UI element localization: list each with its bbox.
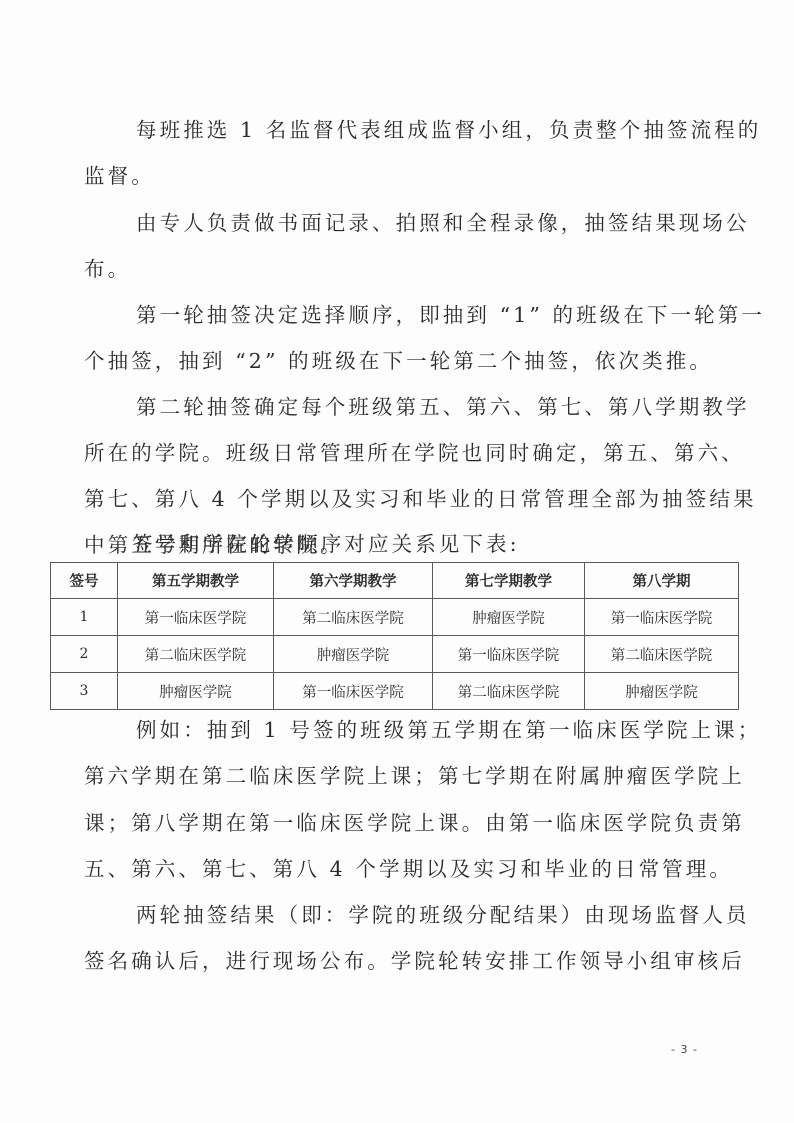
paragraph-1-line-1: 每班推选 1 名监督代表组成监督小组，负责整个抽签流程的 [136,118,761,142]
cell-lot-number: 3 [51,673,118,710]
cell-term-8: 肿瘤医学院 [585,673,739,710]
paragraph-2-line-1: 由专人负责做书面记录、拍照和全程录像，抽签结果现场公 [136,211,750,235]
cell-term-6: 肿瘤医学院 [274,636,433,673]
paragraph-3-line-2: 个抽签，抽到 “2” 的班级在下一轮第二个抽签，依次类推。 [84,349,713,373]
paragraph-4-line-1: 第二轮抽签确定每个班级第五、第六、第七、第八学期教学 [136,395,750,419]
cell-term-7: 肿瘤医学院 [433,599,585,636]
paragraph-7-line-1: 两轮抽签结果（即：学院的班级分配结果）由现场监督人员 [136,903,750,927]
cell-term-7: 第二临床医学院 [433,673,585,710]
table-header-row: 签号 第五学期教学 第六学期教学 第七学期教学 第八学期 [51,563,739,599]
header-term-8: 第八学期 [585,563,739,599]
cell-term-6: 第一临床医学院 [274,673,433,710]
header-term-7: 第七学期教学 [433,563,585,599]
paragraph-1-line-2: 监督。 [84,164,155,188]
cell-term-8: 第一临床医学院 [585,599,739,636]
header-term-5: 第五学期教学 [118,563,274,599]
rotation-table-grid: 签号 第五学期教学 第六学期教学 第七学期教学 第八学期 1 第一临床医学院 第… [50,562,739,710]
header-term-6: 第六学期教学 [274,563,433,599]
cell-term-5: 第一临床医学院 [118,599,274,636]
cell-term-5: 肿瘤医学院 [118,673,274,710]
page-number: - 3 - [671,1043,698,1056]
cell-term-7: 第一临床医学院 [433,636,585,673]
paragraph-6-line-4: 五、第六、第七、第八 4 个学期以及实习和毕业的日常管理。 [84,857,733,881]
cell-term-5: 第二临床医学院 [118,636,274,673]
cell-lot-number: 2 [51,636,118,673]
cell-term-8: 第二临床医学院 [585,636,739,673]
rotation-table: 签号 第五学期教学 第六学期教学 第七学期教学 第八学期 1 第一临床医学院 第… [50,562,738,710]
paragraph-2-line-2: 布。 [84,257,131,281]
table-row: 2 第二临床医学院 肿瘤医学院 第一临床医学院 第二临床医学院 [51,636,739,673]
table-row: 1 第一临床医学院 第二临床医学院 肿瘤医学院 第一临床医学院 [51,599,739,636]
paragraph-4-line-2: 所在的学院。班级日常管理所在学院也同时确定，第五、第六、 [84,441,745,465]
paragraph-6-line-3: 课；第八学期在第一临床医学院上课。由第一临床医学院负责第 [84,811,745,835]
paragraph-6-line-2: 第六学期在第二临床医学院上课；第七学期在附属肿瘤医学院上 [84,764,745,788]
cell-lot-number: 1 [51,599,118,636]
paragraph-7-line-2: 签名确认后，进行现场公布。学院轮转安排工作领导小组审核后 [84,949,745,973]
header-lot-number: 签号 [51,563,118,599]
table-row: 3 肿瘤医学院 第一临床医学院 第二临床医学院 肿瘤医学院 [51,673,739,710]
cell-term-6: 第二临床医学院 [274,599,433,636]
document-page: 每班推选 1 名监督代表组成监督小组，负责整个抽签流程的 监督。 由专人负责做书… [0,0,794,1123]
table-caption: 签号和学院轮转顺序对应关系见下表: [132,532,520,556]
paragraph-6-line-1: 例如：抽到 1 号签的班级第五学期在第一临床医学院上课； [136,718,761,742]
paragraph-4-line-3: 第七、第八 4 个学期以及实习和毕业的日常管理全部为抽签结果 [84,487,757,511]
paragraph-3-line-1: 第一轮抽签决定选择顺序，即抽到 “1” 的班级在下一轮第一 [136,303,765,327]
